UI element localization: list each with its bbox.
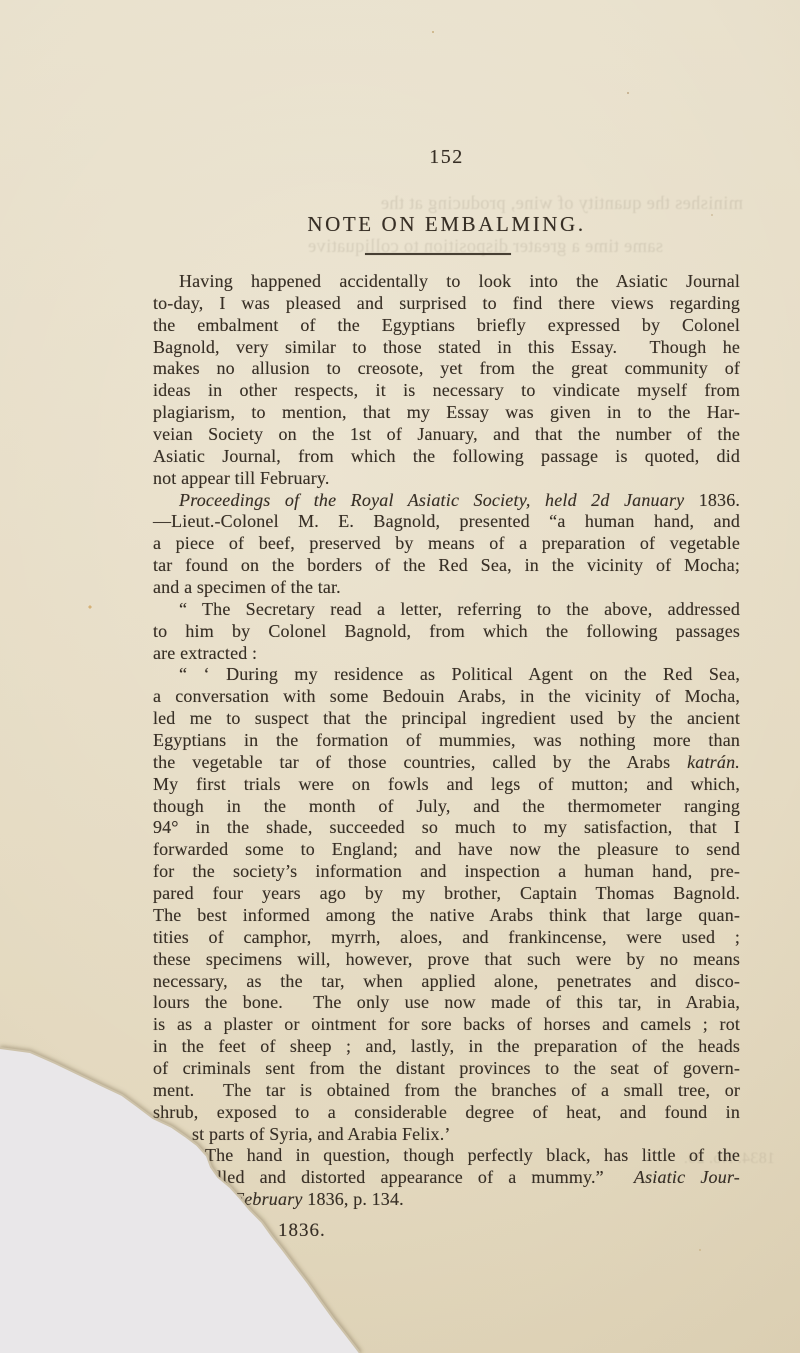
text-line: not appear till February.	[153, 468, 740, 490]
text-line: veian Society on the 1st of January, and…	[153, 424, 740, 446]
text-line: ment. The tar is obtained from the branc…	[153, 1080, 740, 1102]
text-line: “ ‘ During my residence as Political Age…	[153, 664, 740, 686]
text-line: tar found on the borders of the Red Sea,…	[153, 555, 740, 577]
text-line: pared four years ago by my brother, Capt…	[153, 883, 740, 905]
text-line: The best informed among the native Arabs…	[153, 905, 740, 927]
text-line: shrub, exposed to a considerable degree …	[153, 1102, 740, 1124]
text-line: ideas in other respects, it is necessary…	[153, 380, 740, 402]
heading-rule	[365, 253, 511, 255]
text-line: plagiarism, to mention, that my Essay wa…	[153, 402, 740, 424]
text-line: a conversation with some Bedouin Arabs, …	[153, 686, 740, 708]
text-line: for the society’s information and inspec…	[153, 861, 740, 883]
text-line: lled and distorted appearance of a mummy…	[153, 1167, 740, 1189]
page-number: 152	[153, 146, 740, 169]
text-line: the embalment of the Egyptians briefly e…	[153, 315, 740, 337]
text-line: lours the bone. The only use now made of…	[153, 992, 740, 1014]
text-line: in the feet of sheep ; and, lastly, in t…	[153, 1036, 740, 1058]
text-line: of criminals sent from the distant provi…	[153, 1058, 740, 1080]
text-line: Proceedings of the Royal Asiatic Society…	[153, 490, 740, 512]
text-line: —Lieut.-Colonel M. E. Bagnold, presented…	[153, 511, 740, 533]
text-line: Egyptians in the formation of mummies, w…	[153, 730, 740, 752]
text-line: February 1836, p. 134.	[153, 1189, 740, 1211]
showthrough-line: same time a greater disposition to colli…	[103, 237, 663, 258]
text-line: and a specimen of the tar.	[153, 577, 740, 599]
text-line: Having happened accidentally to look int…	[153, 271, 740, 293]
text-line: tities of camphor, myrrh, aloes, and fra…	[153, 927, 740, 949]
text-line: a piece of beef, preserved by means of a…	[153, 533, 740, 555]
text-line: forwarded some to England; and have now …	[153, 839, 740, 861]
text-line: these specimens will, however, prove tha…	[153, 949, 740, 971]
text-line: to-day, I was pleased and surprised to f…	[153, 293, 740, 315]
text-line: The hand in question, though perfectly b…	[153, 1145, 740, 1167]
text-line: necessary, as the tar, when applied alon…	[153, 971, 740, 993]
text-line: to him by Colonel Bagnold, from which th…	[153, 621, 740, 643]
text-line: are extracted :	[153, 643, 740, 665]
text-line: “ The Secretary read a letter, referring…	[153, 599, 740, 621]
text-line: is as a plaster or ointment for sore bac…	[153, 1014, 740, 1036]
page-title: NOTE ON EMBALMING.	[153, 212, 740, 237]
text-line: Bagnold, very similar to those stated in…	[153, 337, 740, 359]
closing-date: 1836.	[278, 1220, 326, 1242]
text-line: makes no allusion to creosote, yet from …	[153, 358, 740, 380]
text-line: Asiatic Journal, from which the followin…	[153, 446, 740, 468]
text-line: 94° in the shade, succeeded so much to m…	[153, 817, 740, 839]
text-line: My first trials were on fowls and legs o…	[153, 774, 740, 796]
text-line: led me to suspect that the principal ing…	[153, 708, 740, 730]
text-line: though in the month of July, and the the…	[153, 796, 740, 818]
text-line: st parts of Syria, and Arabia Felix.’	[153, 1124, 740, 1146]
body-text: Having happened accidentally to look int…	[153, 271, 740, 1211]
text-line: the vegetable tar of those countries, ca…	[153, 752, 740, 774]
